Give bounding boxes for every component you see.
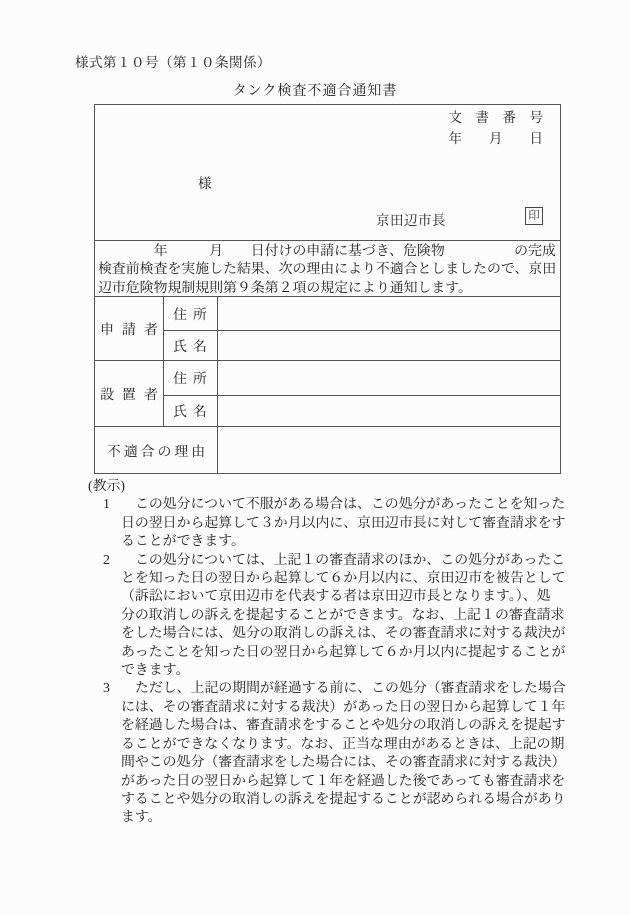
- seal-box: 印: [525, 207, 543, 225]
- note-number-1: 1: [103, 496, 110, 514]
- title-row: タンク検査不適合通知書: [0, 80, 630, 100]
- issuer-name: 京田辺市長: [376, 209, 446, 229]
- note-text-3: ただし、上記の期間が経過する前に、この処分（審査請求をした場合 には、その審査請…: [121, 680, 568, 827]
- form-number: 様式第１０号（第１０条関係）: [75, 51, 271, 71]
- notes-heading: (教示): [88, 478, 630, 496]
- applicant-name-label: 氏名: [163, 330, 217, 360]
- note-text-2: この処分については、上記１の審査請求のほか、この処分があったこ とを知った日の翌…: [121, 552, 568, 681]
- note-text-1: この処分について不服がある場合は、この処分があったことを知った 日の翌日から起算…: [121, 496, 568, 551]
- applicant-name-value: [217, 330, 560, 360]
- date-label: 年 月 日: [449, 127, 544, 147]
- note-number-3: 3: [103, 680, 110, 698]
- applicant-installer-table: 申請者 住所 氏名 設置者 住所 氏名 不適合の理由: [95, 297, 560, 473]
- notes-section: (教示) 1 この処分について不服がある場合は、この処分があったことを知った 日…: [0, 478, 630, 828]
- document-title: タンク検査不適合通知書: [233, 84, 398, 99]
- installer-name-label: 氏名: [163, 395, 217, 426]
- note-item-1: 1 この処分について不服がある場合は、この処分があったことを知った 日の翌日から…: [121, 496, 568, 551]
- reason-label: 不適合の理由: [95, 426, 217, 474]
- addressee-honorific: 様: [198, 172, 212, 192]
- seal-label: 印: [528, 210, 540, 222]
- notification-form-box: 文 書 番 号 年 月 日 様 京田辺市長 印 年 月 日付けの申請に基づき、危…: [94, 104, 561, 474]
- document-page: 様式第１０号（第１０条関係） タンク検査不適合通知書 文 書 番 号 年 月 日…: [0, 0, 630, 915]
- installer-address-label: 住所: [163, 360, 217, 395]
- note-number-2: 2: [103, 552, 110, 570]
- note-item-3: 3 ただし、上記の期間が経過する前に、この処分（審査請求をした場合 には、その審…: [121, 680, 568, 827]
- installer-name-value: [217, 395, 560, 426]
- installer-label: 設置者: [95, 360, 163, 426]
- applicant-label: 申請者: [95, 297, 163, 360]
- note-item-2: 2 この処分については、上記１の審査請求のほか、この処分があったこ とを知った日…: [121, 552, 568, 681]
- doc-number-label: 文 書 番 号: [449, 106, 544, 126]
- applicant-address-label: 住所: [163, 297, 217, 330]
- applicant-address-value: [217, 297, 560, 330]
- notification-paragraph: 年 月 日付けの申請に基づき、危険物 の完成 検査前検査を実施した結果、次の理由…: [95, 241, 560, 297]
- form-header-cell: 文 書 番 号 年 月 日 様 京田辺市長 印: [95, 105, 560, 241]
- reason-value: [217, 426, 560, 474]
- installer-address-value: [217, 360, 560, 395]
